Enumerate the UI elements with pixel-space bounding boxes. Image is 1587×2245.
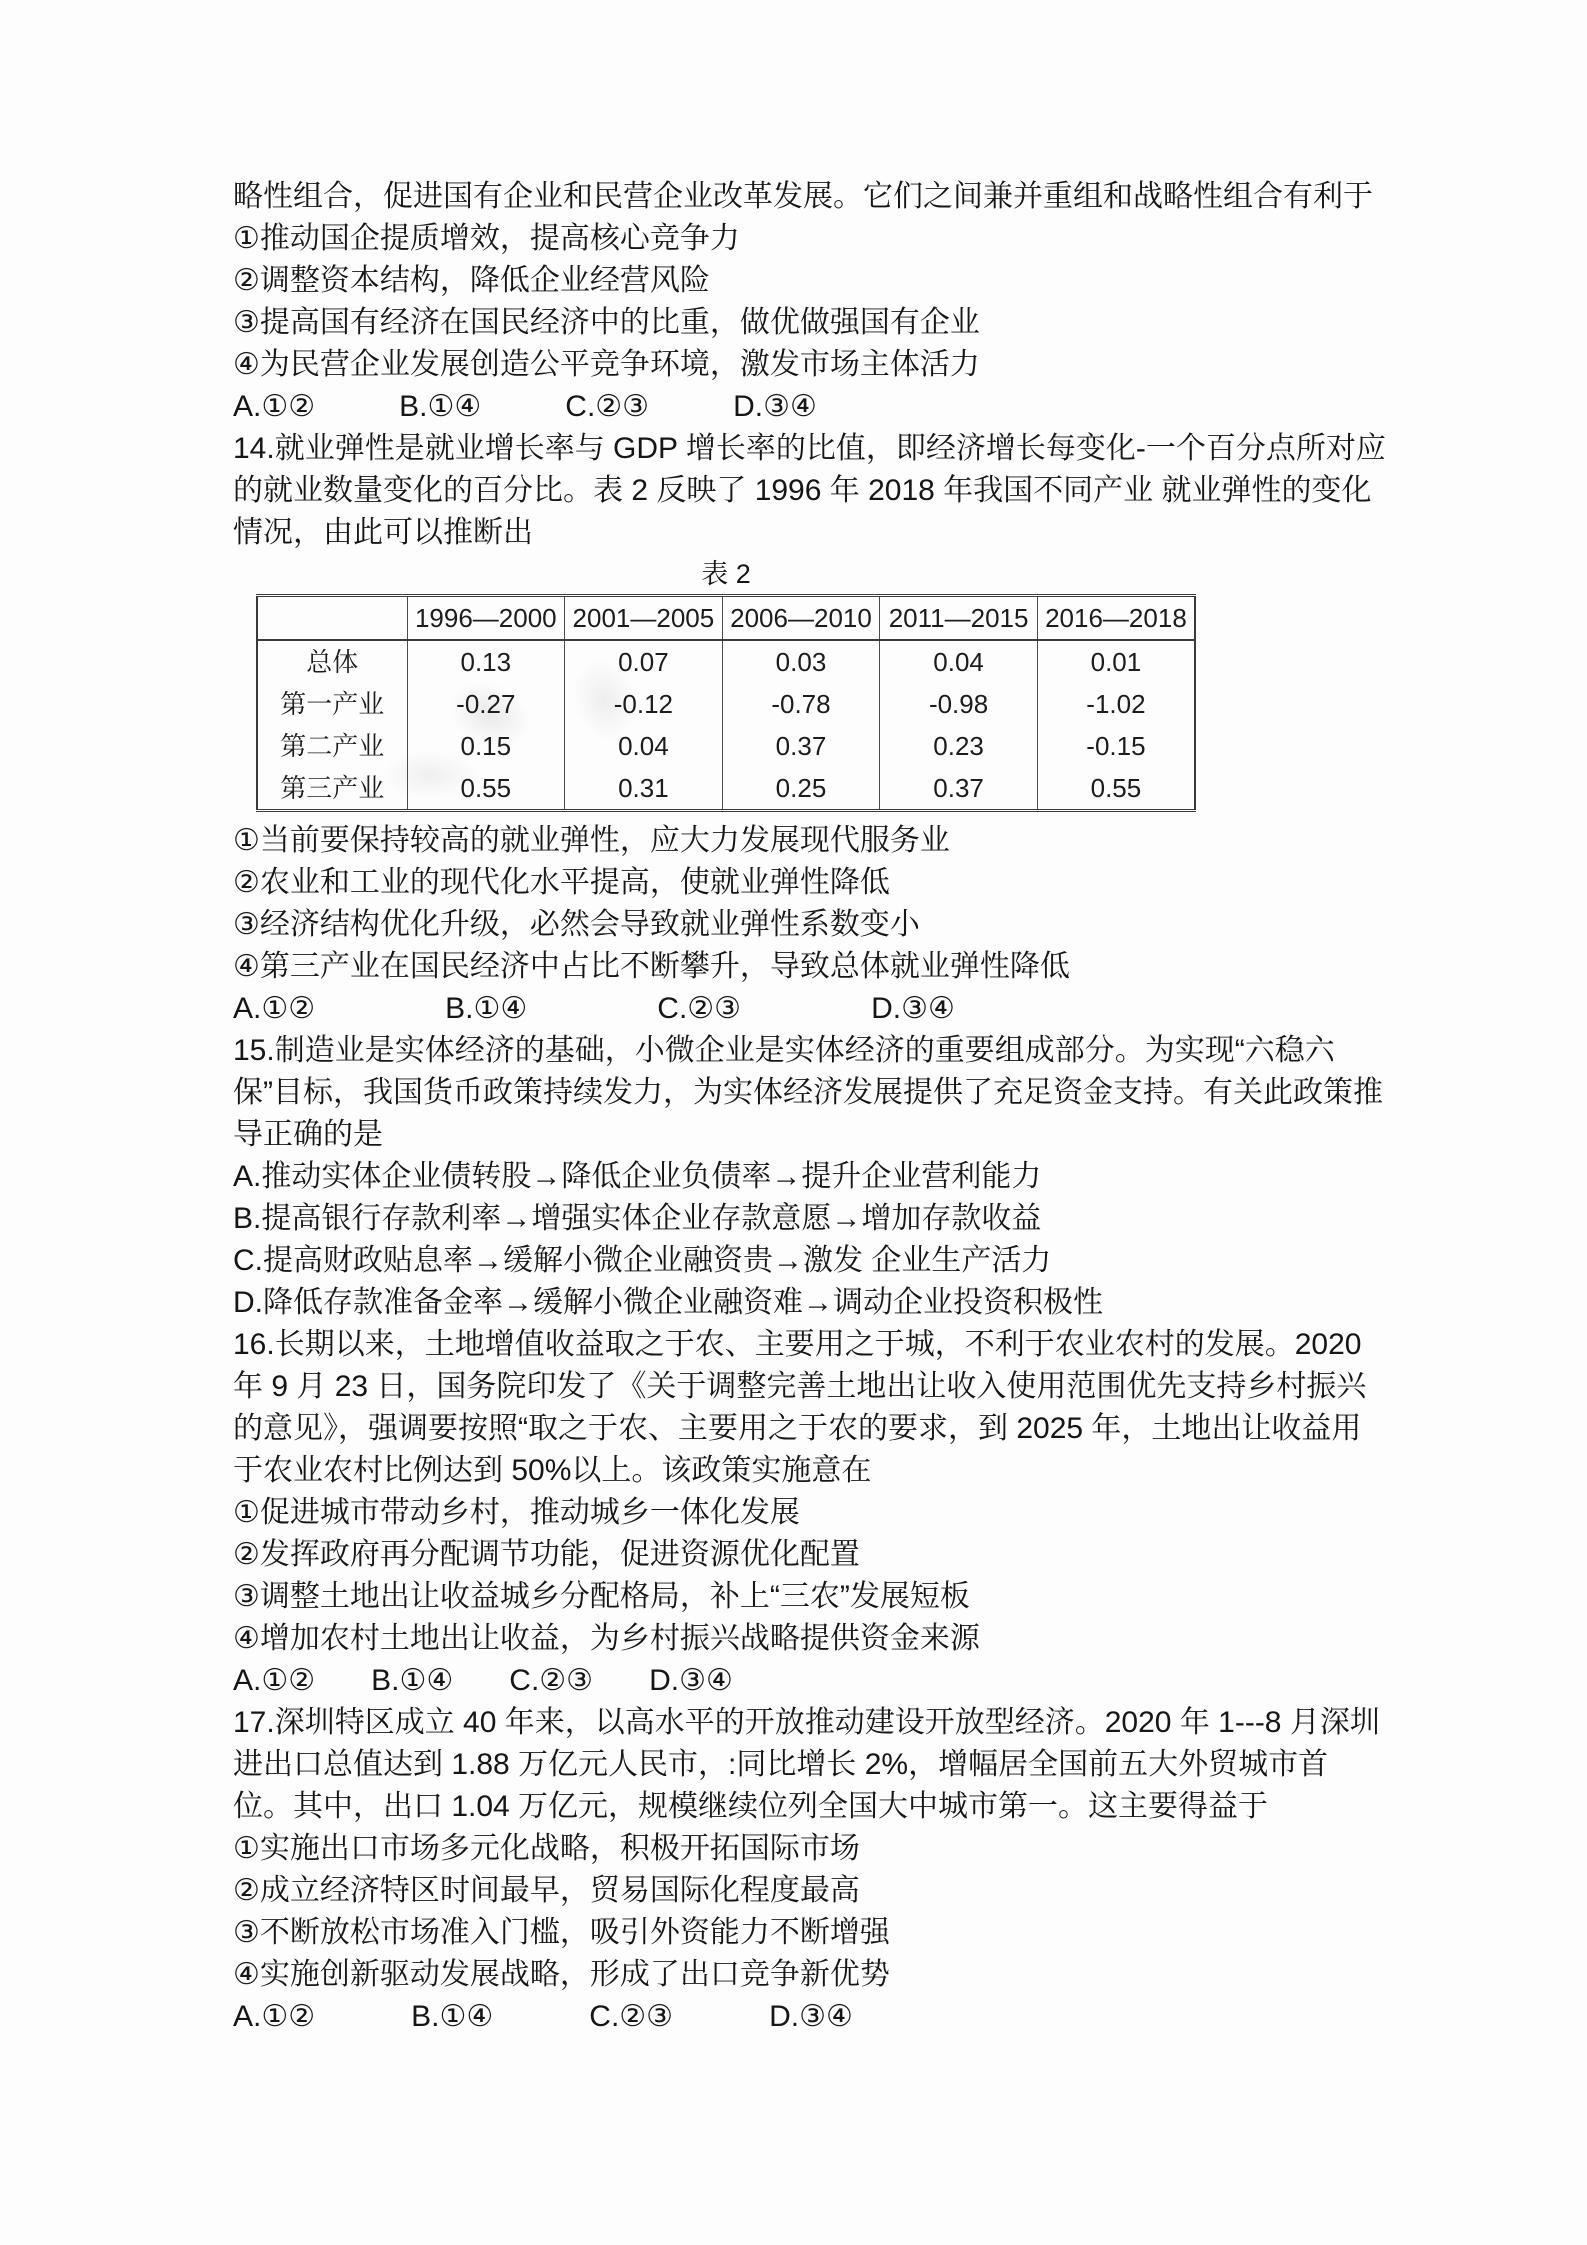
option-item: ②调整资本结构，降低企业经营风险 (233, 260, 1388, 302)
table-cell: -1.02 (1037, 683, 1195, 725)
option-item: ③经济结构优化升级，必然会导致就业弹性系数变小 (233, 904, 1388, 946)
table-cell: -0.15 (1037, 725, 1195, 767)
table-row-label: 第一产业 (257, 683, 407, 725)
question-16-answer-row: A.①② B.①④ C.②③ D.③④ (233, 1660, 1388, 1702)
answer-choice: B.①④ (399, 386, 481, 428)
option-item: ①推动国企提质增效，提高核心竞争力 (233, 218, 1388, 260)
option-item: ②农业和工业的现代化水平提高，使就业弹性降低 (233, 862, 1388, 904)
answer-choice: A.①② (233, 1660, 315, 1702)
option-item: ③调整土地出让收益城乡分配格局，补上“三农”发展短板 (233, 1576, 1388, 1618)
table-2-wrap: 表 2 1996—2000 2001—2005 2006—2010 2011—2… (233, 554, 1388, 812)
question-16-stem: 16.长期以来，土地增值收益取之于农、主要用之于城，不利于农业农村的发展。202… (233, 1324, 1388, 1492)
option-item: A.推动实体企业债转股→降低企业负债率→提升企业营利能力 (233, 1156, 1388, 1198)
question-17-answer-row: A.①② B.①④ C.②③ D.③④ (233, 1996, 1388, 2038)
option-item: B.提高银行存款利率→增强实体企业存款意愿→增加存款收益 (233, 1198, 1388, 1240)
question-15-stem: 15.制造业是实体经济的基础，小微企业是实体经济的重要组成部分。为实现“六稳六保… (233, 1030, 1388, 1156)
question-17-stem: 17.深圳特区成立 40 年来，以高水平的开放推动建设开放型经济。2020 年 … (233, 1702, 1388, 1828)
table-cell: 0.04 (880, 640, 1038, 683)
table-cell: 0.04 (565, 725, 723, 767)
table-cell: -0.27 (407, 683, 565, 725)
table-cell: 0.25 (722, 767, 880, 811)
table-row-label: 第二产业 (257, 725, 407, 767)
table-row-label: 第三产业 (257, 767, 407, 811)
option-item: ②成立经济特区时间最早，贸易国际化程度最高 (233, 1870, 1388, 1912)
option-item: ④实施创新驱动发展战略，形成了出口竞争新优势 (233, 1954, 1388, 1996)
option-item: C.提高财政贴息率→缓解小微企业融资贵→激发 企业生产活力 (233, 1240, 1388, 1282)
option-item: ③不断放松市场准入门槛，吸引外资能力不断增强 (233, 1912, 1388, 1954)
table-cell: -0.98 (880, 683, 1038, 725)
option-item: D.降低存款准备金率→缓解小微企业融资难→调动企业投资积极性 (233, 1282, 1388, 1324)
option-item: ④为民营企业发展创造公平竞争环境，激发市场主体活力 (233, 344, 1388, 386)
question-13-answer-row: A.①② B.①④ C.②③ D.③④ (233, 386, 1388, 428)
table-header-cell (257, 596, 407, 641)
question-13-continuation: 略性组合，促进国有企业和民营企业改革发展。它们之间兼并重组和战略性组合有利于 (233, 176, 1388, 218)
table-cell: 0.23 (880, 725, 1038, 767)
answer-choice: A.①② (233, 988, 315, 1030)
table-header-row: 1996—2000 2001—2005 2006—2010 2011—2015 … (257, 596, 1195, 641)
answer-choice: A.①② (233, 386, 315, 428)
answer-choice: B.①④ (445, 988, 527, 1030)
option-item: ②发挥政府再分配调节功能，促进资源优化配置 (233, 1534, 1388, 1576)
table-cell: 0.37 (722, 725, 880, 767)
answer-choice: B.①④ (371, 1660, 453, 1702)
document-page: 略性组合，促进国有企业和民营企业改革发展。它们之间兼并重组和战略性组合有利于 ①… (0, 0, 1587, 2245)
option-item: ③提高国有经济在国民经济中的比重，做优做强国有企业 (233, 302, 1388, 344)
table-header-cell: 2006—2010 (722, 596, 880, 641)
text-column: 略性组合，促进国有企业和民营企业改革发展。它们之间兼并重组和战略性组合有利于 ①… (233, 176, 1388, 2038)
table-cell: 0.03 (722, 640, 880, 683)
table-cell: 0.55 (407, 767, 565, 811)
table-row: 第二产业 0.15 0.04 0.37 0.23 -0.15 (257, 725, 1195, 767)
question-14-stem: 14.就业弹性是就业增长率与 GDP 增长率的比值，即经济增长每变化-一个百分点… (233, 428, 1388, 554)
table-header-cell: 2011—2015 (880, 596, 1038, 641)
answer-choice: A.①② (233, 1996, 315, 2038)
answer-choice: D.③④ (733, 386, 817, 428)
table-cell: 0.01 (1037, 640, 1195, 683)
answer-choice: C.②③ (657, 988, 741, 1030)
table-cell: -0.78 (722, 683, 880, 725)
table-cell: 0.15 (407, 725, 565, 767)
option-item: ①促进城市带动乡村，推动城乡一体化发展 (233, 1492, 1388, 1534)
option-item: ④增加农村土地出让收益，为乡村振兴战略提供资金来源 (233, 1618, 1388, 1660)
table-cell: 0.07 (565, 640, 723, 683)
table-2-caption: 表 2 (256, 554, 1196, 594)
table-cell: 0.55 (1037, 767, 1195, 811)
table-cell: 0.37 (880, 767, 1038, 811)
option-item: ①当前要保持较高的就业弹性，应大力发展现代服务业 (233, 820, 1388, 862)
option-item: ①实施出口市场多元化战略，积极开拓国际市场 (233, 1828, 1388, 1870)
table-cell: 0.31 (565, 767, 723, 811)
table-header-cell: 2001—2005 (565, 596, 723, 641)
table-header-cell: 2016—2018 (1037, 596, 1195, 641)
table-row-label: 总体 (257, 640, 407, 683)
answer-choice: C.②③ (589, 1996, 673, 2038)
table-2: 1996—2000 2001—2005 2006—2010 2011—2015 … (256, 594, 1196, 812)
table-row: 第一产业 -0.27 -0.12 -0.78 -0.98 -1.02 (257, 683, 1195, 725)
answer-choice: D.③④ (649, 1660, 733, 1702)
table-cell: 0.13 (407, 640, 565, 683)
answer-choice: D.③④ (769, 1996, 853, 2038)
answer-choice: B.①④ (411, 1996, 493, 2038)
table-cell: -0.12 (565, 683, 723, 725)
answer-choice: D.③④ (871, 988, 955, 1030)
answer-choice: C.②③ (565, 386, 649, 428)
table-row: 总体 0.13 0.07 0.03 0.04 0.01 (257, 640, 1195, 683)
option-item: ④第三产业在国民经济中占比不断攀升，导致总体就业弹性降低 (233, 946, 1388, 988)
table-row: 第三产业 0.55 0.31 0.25 0.37 0.55 (257, 767, 1195, 811)
question-14-answer-row: A.①② B.①④ C.②③ D.③④ (233, 988, 1388, 1030)
table-header-cell: 1996—2000 (407, 596, 565, 641)
answer-choice: C.②③ (509, 1660, 593, 1702)
